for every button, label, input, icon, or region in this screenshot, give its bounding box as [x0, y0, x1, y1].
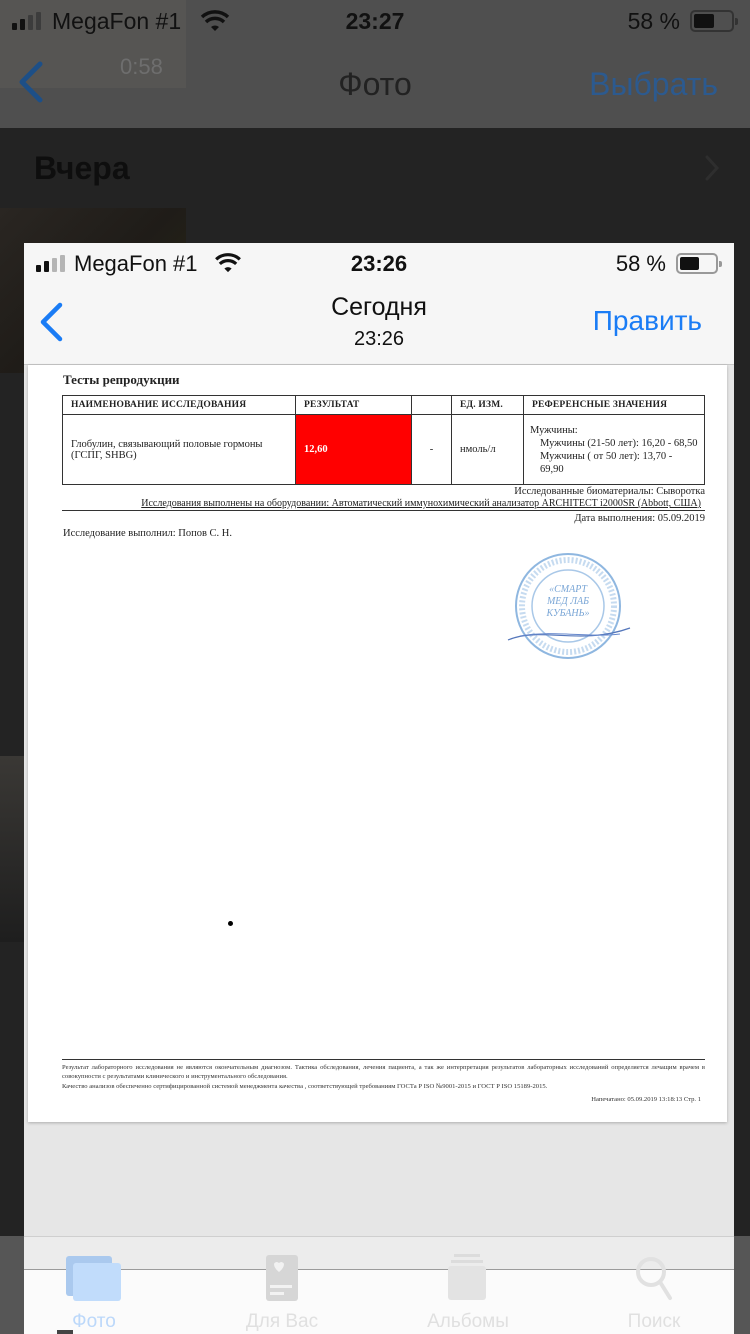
- column-header: ЕД. ИЗМ.: [452, 396, 524, 415]
- tab-label: Для Вас: [222, 1311, 342, 1333]
- battery-percent: 58 %: [616, 251, 666, 277]
- tab-search[interactable]: Поиск: [594, 1247, 714, 1333]
- test-name: Глобулин, связывающий половые гормоны (Г…: [63, 415, 296, 485]
- test-unit: нмоль/л: [452, 415, 524, 485]
- lab-report-document: Тесты репродукции НАИМЕНОВАНИЕ ИССЛЕДОВА…: [28, 365, 727, 1122]
- performer: Исследование выполнил: Попов С. Н.: [63, 528, 232, 539]
- for-you-icon: [222, 1247, 342, 1309]
- equipment-note: Исследования выполнены на оборудовании: …: [62, 498, 705, 511]
- printed-timestamp: Напечатано: 05.09.2019 13:18:13 Стр. 1: [591, 1096, 701, 1103]
- reference-group: Мужчины:: [530, 424, 698, 437]
- battery-percent: 58 %: [628, 8, 680, 35]
- battery-icon: [690, 10, 734, 32]
- column-header: НАИМЕНОВАНИЕ ИССЛЕДОВАНИЯ: [63, 396, 296, 415]
- cursor-artifact: [57, 1330, 73, 1334]
- tab-albums[interactable]: Альбомы: [408, 1247, 528, 1333]
- section-title: Вчера: [34, 150, 130, 187]
- edit-button[interactable]: Править: [593, 305, 702, 337]
- tab-label: Альбомы: [408, 1311, 528, 1333]
- background-status-bar: MegaFon #1 23:27 58 %: [0, 0, 750, 40]
- column-header: РЕЗУЛЬТАТ: [296, 396, 412, 415]
- search-icon: [594, 1247, 714, 1309]
- footer-divider: [62, 1059, 705, 1060]
- albums-icon: [408, 1247, 528, 1309]
- svg-text:МЕД ЛАБ: МЕД ЛАБ: [546, 596, 589, 607]
- reference-range: Мужчины ( от 50 лет): 13,70 - 69,90: [530, 450, 698, 476]
- column-header: РЕФЕРЕНСНЫЕ ЗНАЧЕНИЯ: [524, 396, 705, 415]
- preview-status-bar: MegaFon #1 23:26 58 %: [24, 243, 734, 283]
- stray-dot: [228, 921, 233, 926]
- test-result: 12,60: [296, 415, 412, 485]
- photos-icon: [34, 1247, 154, 1309]
- reference-range: Мужчины (21-50 лет): 16,20 - 68,50: [530, 437, 698, 450]
- screenshot-preview[interactable]: MegaFon #1 23:26 58 % Сегодня 23:26 Прав…: [24, 243, 734, 1236]
- select-button[interactable]: Выбрать: [589, 66, 718, 103]
- lab-stamp: «СМАРТ МЕД ЛАБ КУБАНЬ»: [490, 548, 640, 673]
- biomaterial-note: Исследованные биоматериалы: Сыворотка: [514, 486, 705, 497]
- table-header-row: НАИМЕНОВАНИЕ ИССЛЕДОВАНИЯ РЕЗУЛЬТАТ ЕД. …: [63, 396, 705, 415]
- chevron-right-icon[interactable]: [704, 154, 720, 187]
- tab-for-you[interactable]: Для Вас: [222, 1247, 342, 1333]
- tab-label: Фото: [34, 1311, 154, 1333]
- tab-label: Поиск: [594, 1311, 714, 1333]
- svg-text:«СМАРТ: «СМАРТ: [549, 584, 588, 595]
- table-row: Глобулин, связывающий половые гормоны (Г…: [63, 415, 705, 485]
- completion-date: Дата выполнения: 05.09.2019: [574, 513, 705, 524]
- screen: 0:58 MegaFon #1 23:27 58 % Фото Выбрать …: [0, 0, 750, 1334]
- column-header: [412, 396, 452, 415]
- report-section-heading: Тесты репродукции: [63, 372, 180, 388]
- preview-nav-bar: Сегодня 23:26 Править: [24, 283, 734, 365]
- result-flag: -: [412, 415, 452, 485]
- tab-photos[interactable]: Фото: [34, 1247, 154, 1333]
- results-table: НАИМЕНОВАНИЕ ИССЛЕДОВАНИЯ РЕЗУЛЬТАТ ЕД. …: [62, 395, 705, 485]
- battery-icon: [676, 253, 718, 274]
- reference-values: Мужчины: Мужчины (21-50 лет): 16,20 - 68…: [524, 415, 705, 485]
- svg-text:КУБАНЬ»: КУБАНЬ»: [545, 608, 589, 619]
- quality-text: Качество анализов обеспеченно сертифицир…: [62, 1082, 705, 1091]
- disclaimer-text: Результат лабораторного исследования не …: [62, 1063, 705, 1082]
- report-footer: Результат лабораторного исследования не …: [62, 1063, 705, 1091]
- tab-bar: Фото Для Вас Альбомы Поиск: [24, 1236, 734, 1334]
